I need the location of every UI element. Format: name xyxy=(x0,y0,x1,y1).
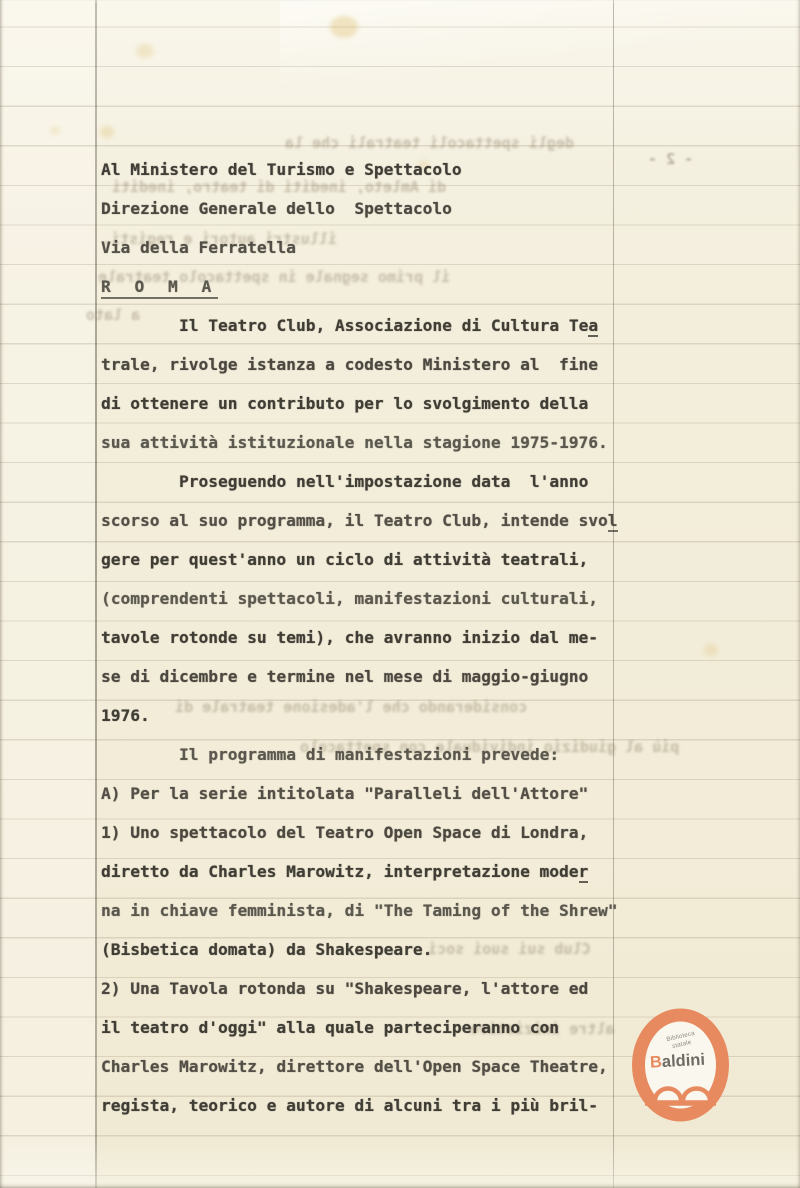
left-margin-line xyxy=(95,0,97,1188)
letter-body: Al Ministero del Turismo e Spettacolo Di… xyxy=(101,150,661,1125)
city-line: R O M A xyxy=(101,267,661,306)
body-line: Proseguendo nell'impostazione data l'ann… xyxy=(101,462,661,501)
body-line: Il Teatro Club, Associazione di Cultura … xyxy=(101,306,661,345)
body-line: gere per quest'anno un ciclo di attività… xyxy=(101,540,661,579)
hyphen-carry-underline: a xyxy=(588,316,598,337)
recipient-line: Direzione Generale dello Spettacolo xyxy=(101,189,661,228)
recipient-line: Al Ministero del Turismo e Spettacolo xyxy=(101,150,661,189)
body-line: 2) Una Tavola rotonda su "Shakespeare, l… xyxy=(101,969,661,1008)
body-text: scorso al suo programma, il Teatro Club,… xyxy=(101,511,608,530)
document-page: - 2 - degli spettacoli teatrali che la d… xyxy=(0,0,800,1188)
body-text: Il Teatro Club, Associazione di Cultura … xyxy=(179,316,588,335)
recipient-line: Via della Ferratella xyxy=(101,228,661,267)
paper-stain xyxy=(704,644,718,656)
city-text: R O M A xyxy=(101,277,218,299)
stamp-name-rest: aldini xyxy=(661,1051,705,1071)
scan-glare-bottom xyxy=(0,1142,800,1188)
paper-stain xyxy=(50,126,60,135)
paper-stain xyxy=(100,126,114,138)
body-line: A) Per la serie intitolata "Paralleli de… xyxy=(101,774,661,813)
body-line: diretto da Charles Marowitz, interpretaz… xyxy=(101,852,661,891)
paper-stain xyxy=(136,44,154,58)
stamp-name: Baldini xyxy=(650,1051,706,1072)
scan-glare-top xyxy=(0,0,800,170)
hyphen-carry-underline: l xyxy=(608,511,618,532)
paper-stain xyxy=(330,16,358,38)
page-crease xyxy=(280,0,800,95)
body-line: scorso al suo programma, il Teatro Club,… xyxy=(101,501,661,540)
body-line: na in chiave femminista, di "The Taming … xyxy=(101,891,661,930)
body-line: il teatro d'oggi" alla quale partecipera… xyxy=(101,1008,661,1047)
library-stamp: Biblioteca statale Baldini xyxy=(624,1002,739,1127)
body-line: Charles Marowitz, direttore dell'Open Sp… xyxy=(101,1047,661,1086)
hyphen-carry-underline: r xyxy=(579,862,589,883)
body-line: 1976. xyxy=(101,696,661,735)
body-line: 1) Uno spettacolo del Teatro Open Space … xyxy=(101,813,661,852)
body-line: sua attività istituzionale nella stagion… xyxy=(101,423,661,462)
body-line: Il programma di manifestazioni prevede: xyxy=(101,735,661,774)
body-line: (comprendenti spettacoli, manifestazioni… xyxy=(101,579,661,618)
body-line: (Bisbetica domata) da Shakespeare. xyxy=(101,930,661,969)
body-text: diretto da Charles Marowitz, interpretaz… xyxy=(101,862,579,881)
stamp-name-initial: B xyxy=(650,1053,663,1072)
body-line: regista, teorico e autore di alcuni tra … xyxy=(101,1086,661,1125)
body-line: se di dicembre e termine nel mese di mag… xyxy=(101,657,661,696)
body-line: di ottenere un contributo per lo svolgim… xyxy=(101,384,661,423)
body-line: tavole rotonde su temi), che avranno ini… xyxy=(101,618,661,657)
body-line: trale, rivolge istanza a codesto Ministe… xyxy=(101,345,661,384)
